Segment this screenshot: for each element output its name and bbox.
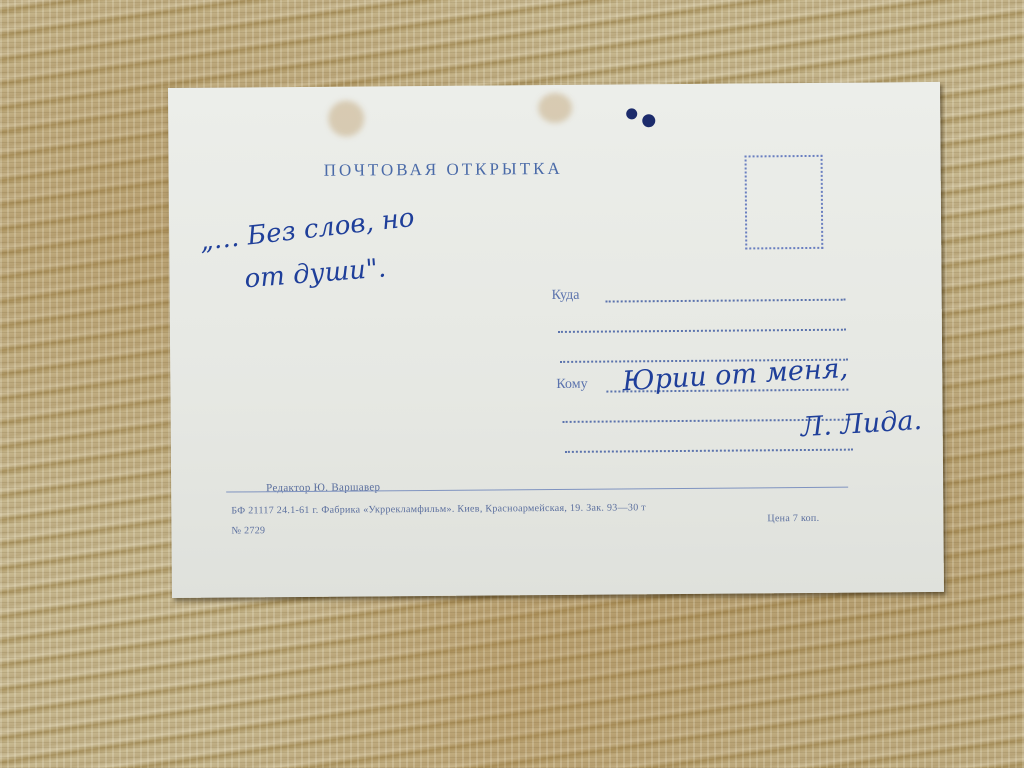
stain	[328, 100, 364, 136]
ink-blot	[626, 108, 637, 119]
handwritten-message-line2: от души".	[244, 253, 388, 294]
handwritten-signature: Л. Лида.	[800, 405, 923, 443]
price: Цена 7 коп.	[767, 513, 819, 524]
label-where: Куда	[552, 288, 580, 304]
card-number: № 2729	[231, 525, 265, 536]
postcard: ПОЧТОВАЯ ОТКРЫТКА „… Без слов, но от душ…	[168, 82, 944, 598]
postcard-title: ПОЧТОВАЯ ОТКРЫТКА	[324, 159, 563, 181]
address-line	[606, 299, 846, 303]
label-to-whom: Кому	[556, 377, 587, 393]
publisher-line: БФ 21117 24.1-61 г. Фабрика «Укррекламфи…	[231, 502, 646, 516]
handwritten-message-line1: „… Без слов, но	[198, 203, 416, 257]
ink-blot	[642, 114, 655, 127]
address-line	[565, 449, 853, 453]
stain	[538, 93, 572, 123]
address-line	[558, 329, 846, 333]
stamp-box	[745, 155, 824, 250]
editor-credit: Редактор Ю. Варшавер	[266, 481, 380, 494]
